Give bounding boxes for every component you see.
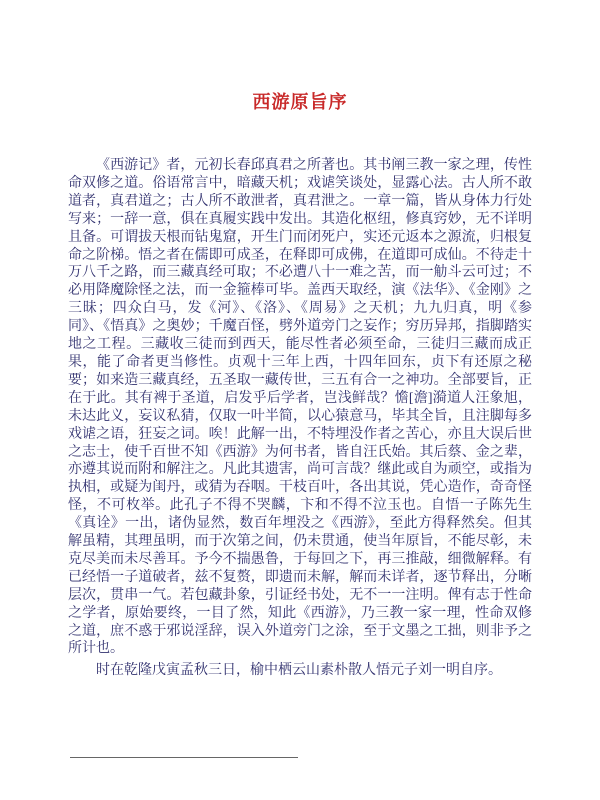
preface-signature: 时在乾隆戊寅孟秋三日，榆中栖云山素朴散人悟元子刘一明自序。 [68, 662, 532, 680]
preface-paragraph: 《西游记》者，元初长春邱真君之所著也。其书阐三教一家之理，传性命双修之道。俗语常… [68, 157, 532, 658]
preface-body: 《西游记》者，元初长春邱真君之所著也。其书阐三教一家之理，传性命双修之道。俗语常… [68, 157, 532, 680]
page-title: 西游原旨序 [0, 0, 600, 113]
document-page: 西游原旨序 《西游记》者，元初长春邱真君之所著也。其书阐三教一家之理，传性命双修… [0, 0, 600, 800]
footnote-rule [70, 757, 298, 758]
